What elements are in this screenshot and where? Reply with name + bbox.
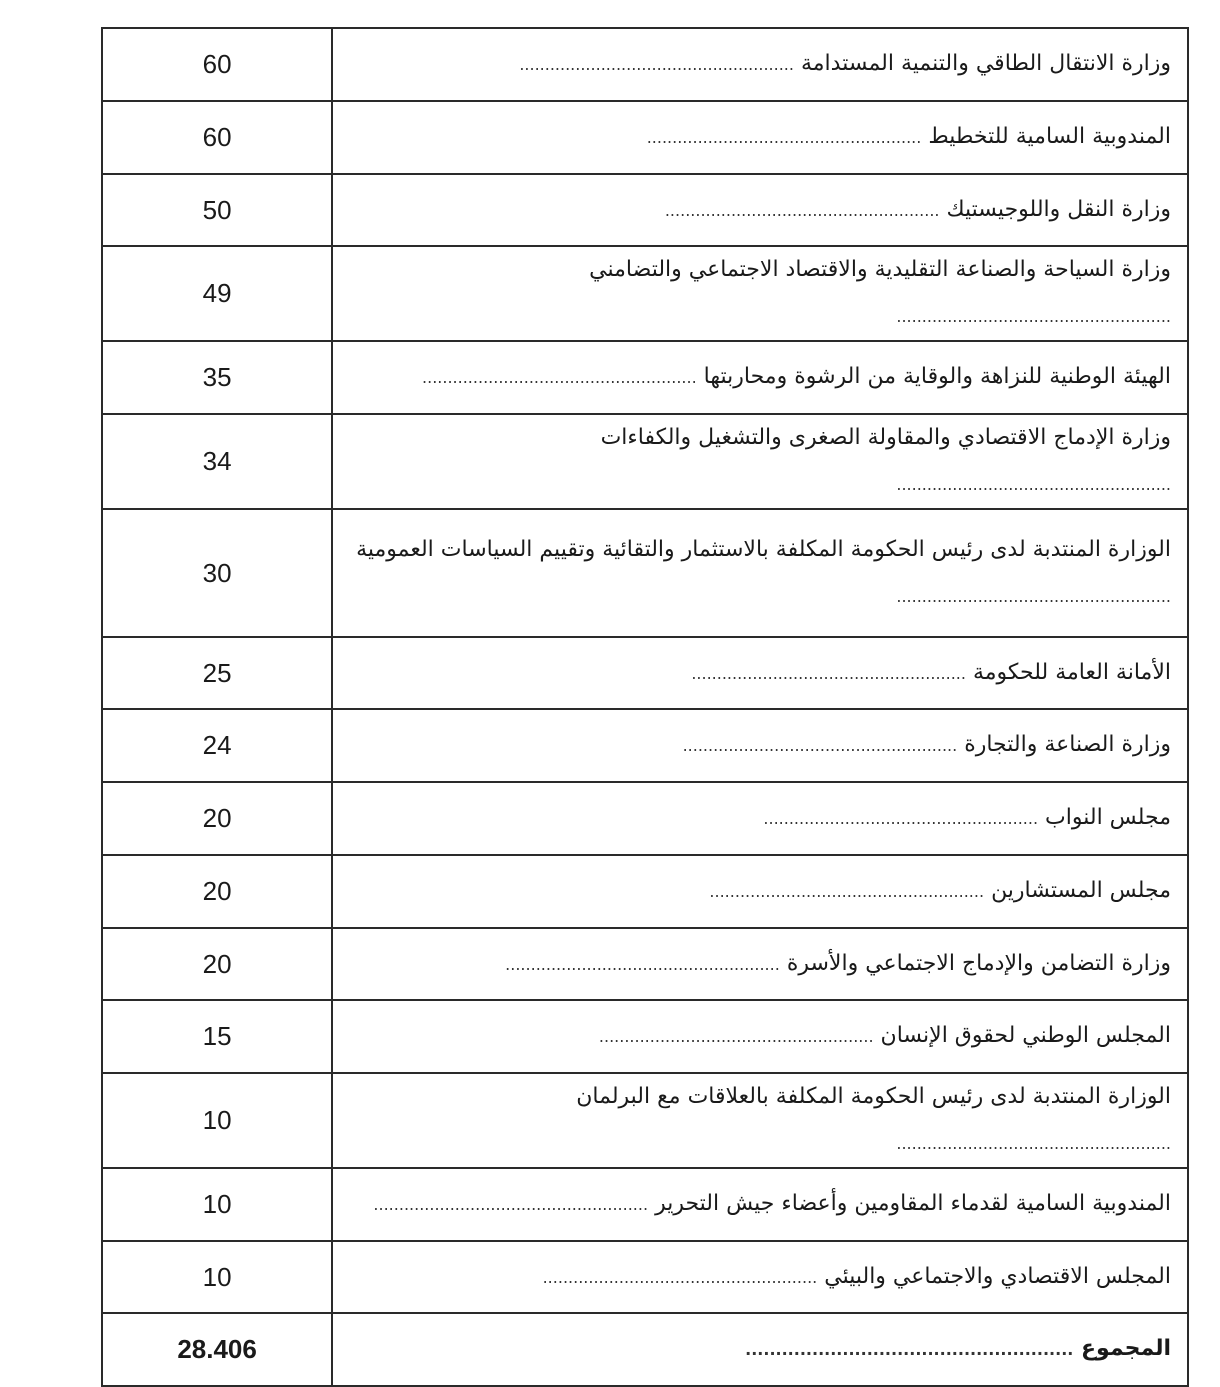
entity-name-cell: الوزارة المنتدبة لدى رئيس الحكومة المكلف… xyxy=(332,509,1188,637)
total-value: 28.406 xyxy=(102,1313,332,1386)
value-cell: 49 xyxy=(102,246,332,341)
table-body: وزارة الانتقال الطاقي والتنمية المستدامة… xyxy=(102,28,1188,1386)
leader-dots: ........................................… xyxy=(373,1195,648,1214)
value-cell: 20 xyxy=(102,855,332,928)
table-row: الهيئة الوطنية للنزاهة والوقاية من الرشو… xyxy=(102,341,1188,414)
entity-name: وزارة الانتقال الطاقي والتنمية المستدامة xyxy=(801,51,1171,76)
entity-name-cell: وزارة التضامن والإدماج الاجتماعي والأسرة… xyxy=(332,928,1188,1000)
table-row: المجلس الاقتصادي والاجتماعي والبيئي ....… xyxy=(102,1241,1188,1313)
entity-name: الأمانة العامة للحكومة xyxy=(973,660,1171,685)
value-cell: 34 xyxy=(102,414,332,509)
leader-dots: ........................................… xyxy=(763,809,1038,828)
entity-name-cell: المجموع ................................… xyxy=(332,1313,1188,1386)
leader-dots: ........................................… xyxy=(519,55,794,74)
entity-name-cell: وزارة الإدماج الاقتصادي والمقاولة الصغرى… xyxy=(332,414,1188,509)
entity-name: وزارة السياحة والصناعة التقليدية والاقتص… xyxy=(589,257,1171,282)
table-row: وزارة السياحة والصناعة التقليدية والاقتص… xyxy=(102,246,1188,341)
entity-name: وزارة الصناعة والتجارة xyxy=(964,732,1171,757)
leader-dots: ........................................… xyxy=(896,475,1171,494)
entity-name-cell: مجلس النواب ............................… xyxy=(332,782,1188,855)
table-row: مجلس المستشارين ........................… xyxy=(102,855,1188,928)
entity-name: الوزارة المنتدبة لدى رئيس الحكومة المكلف… xyxy=(356,537,1171,562)
value-cell: 24 xyxy=(102,709,332,782)
entity-name-cell: الأمانة العامة للحكومة .................… xyxy=(332,637,1188,709)
leader-dots: ........................................… xyxy=(691,664,966,683)
table-row: المندوبية السامية للتخطيط ..............… xyxy=(102,101,1188,174)
entity-name-cell: الهيئة الوطنية للنزاهة والوقاية من الرشو… xyxy=(332,341,1188,414)
entity-name: المجلس الاقتصادي والاجتماعي والبيئي xyxy=(824,1264,1171,1289)
entity-name: وزارة الإدماج الاقتصادي والمقاولة الصغرى… xyxy=(601,425,1171,450)
table-row: مجلس النواب ............................… xyxy=(102,782,1188,855)
value-cell: 20 xyxy=(102,928,332,1000)
value-cell: 25 xyxy=(102,637,332,709)
value-cell: 10 xyxy=(102,1168,332,1241)
entity-name: المندوبية السامية للتخطيط xyxy=(928,124,1171,149)
entity-name: الهيئة الوطنية للنزاهة والوقاية من الرشو… xyxy=(704,364,1171,389)
table-row: الوزارة المنتدبة لدى رئيس الحكومة المكلف… xyxy=(102,1073,1188,1168)
table-row: وزارة النقل واللوجيستيك ................… xyxy=(102,174,1188,246)
table-row: وزارة الإدماج الاقتصادي والمقاولة الصغرى… xyxy=(102,414,1188,509)
leader-dots: ........................................… xyxy=(896,1134,1171,1153)
entity-name-cell: المجلس الاقتصادي والاجتماعي والبيئي ....… xyxy=(332,1241,1188,1313)
table-row: وزارة الانتقال الطاقي والتنمية المستدامة… xyxy=(102,28,1188,101)
entity-name-cell: وزارة السياحة والصناعة التقليدية والاقتص… xyxy=(332,246,1188,341)
entity-name: المندوبية السامية لقدماء المقاومين وأعضا… xyxy=(655,1191,1171,1216)
entity-name: الوزارة المنتدبة لدى رئيس الحكومة المكلف… xyxy=(576,1084,1171,1109)
value-cell: 15 xyxy=(102,1000,332,1073)
table-row: وزارة الصناعة والتجارة .................… xyxy=(102,709,1188,782)
leader-dots: ........................................… xyxy=(665,201,940,220)
value-cell: 10 xyxy=(102,1241,332,1313)
entity-name: وزارة النقل واللوجيستيك xyxy=(946,197,1171,222)
entity-name-cell: المندوبية السامية لقدماء المقاومين وأعضا… xyxy=(332,1168,1188,1241)
table-row: المندوبية السامية لقدماء المقاومين وأعضا… xyxy=(102,1168,1188,1241)
value-cell: 35 xyxy=(102,341,332,414)
value-cell: 60 xyxy=(102,28,332,101)
leader-dots: ........................................… xyxy=(745,1340,1073,1359)
entity-name: المجموع xyxy=(1081,1336,1171,1361)
total-row: المجموع ................................… xyxy=(102,1313,1188,1386)
leader-dots: ........................................… xyxy=(709,882,984,901)
table-row: وزارة التضامن والإدماج الاجتماعي والأسرة… xyxy=(102,928,1188,1000)
entity-name: مجلس النواب xyxy=(1045,805,1171,830)
entity-name-cell: وزارة الانتقال الطاقي والتنمية المستدامة… xyxy=(332,28,1188,101)
entity-name: مجلس المستشارين xyxy=(991,878,1171,903)
leader-dots: ........................................… xyxy=(422,368,697,387)
value-cell: 30 xyxy=(102,509,332,637)
value-cell: 10 xyxy=(102,1073,332,1168)
table-row: المجلس الوطني لحقوق الإنسان ............… xyxy=(102,1000,1188,1073)
entity-name-cell: وزارة النقل واللوجيستيك ................… xyxy=(332,174,1188,246)
table-row: الوزارة المنتدبة لدى رئيس الحكومة المكلف… xyxy=(102,509,1188,637)
budget-table: وزارة الانتقال الطاقي والتنمية المستدامة… xyxy=(101,27,1189,1387)
entity-name-cell: المندوبية السامية للتخطيط ..............… xyxy=(332,101,1188,174)
entity-name: المجلس الوطني لحقوق الإنسان xyxy=(881,1023,1171,1048)
leader-dots: ........................................… xyxy=(896,587,1171,606)
leader-dots: ........................................… xyxy=(647,128,922,147)
leader-dots: ........................................… xyxy=(505,955,780,974)
value-cell: 20 xyxy=(102,782,332,855)
entity-name: وزارة التضامن والإدماج الاجتماعي والأسرة xyxy=(787,951,1171,976)
entity-name-cell: وزارة الصناعة والتجارة .................… xyxy=(332,709,1188,782)
entity-name-cell: المجلس الوطني لحقوق الإنسان ............… xyxy=(332,1000,1188,1073)
leader-dots: ........................................… xyxy=(683,736,958,755)
value-cell: 60 xyxy=(102,101,332,174)
leader-dots: ........................................… xyxy=(543,1268,818,1287)
value-cell: 50 xyxy=(102,174,332,246)
table-row: الأمانة العامة للحكومة .................… xyxy=(102,637,1188,709)
entity-name-cell: مجلس المستشارين ........................… xyxy=(332,855,1188,928)
leader-dots: ........................................… xyxy=(896,307,1171,326)
leader-dots: ........................................… xyxy=(599,1027,874,1046)
entity-name-cell: الوزارة المنتدبة لدى رئيس الحكومة المكلف… xyxy=(332,1073,1188,1168)
